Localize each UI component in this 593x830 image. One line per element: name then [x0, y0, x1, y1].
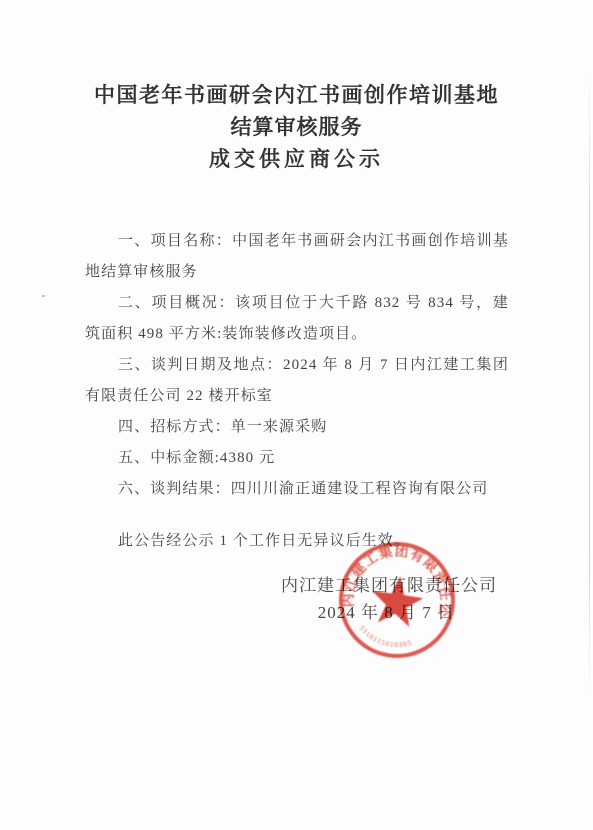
paragraph-bidding-method: 四、招标方式：单一来源采购: [85, 412, 509, 443]
announcement-document: 中国老年书画研会内江书画创作培训基地 结算审核服务 成交供应商公示 一、项目名称…: [0, 0, 593, 830]
title-line-2: 结算审核服务: [0, 111, 593, 143]
paragraph-project-name: 一、项目名称：中国老年书画研会内江书画创作培训基地结算审核服务: [85, 226, 509, 288]
paragraph-project-overview: 二、项目概况：该项目位于大千路 832 号 834 号，建筑面积 498 平方米…: [85, 288, 509, 350]
company-seal-stamp: 内江建工集团有限责任公司 5110115010305: [329, 532, 465, 668]
document-body: 一、项目名称：中国老年书画研会内江书画创作培训基地结算审核服务 二、项目概况：该…: [85, 226, 509, 557]
paragraph-negotiation-date-place: 三、谈判日期及地点：2024 年 8 月 7 日内江建工集团有限责任公司 22 …: [85, 350, 509, 412]
scan-speck-artifact: [42, 295, 45, 297]
paragraph-award-amount: 五、中标金额:4380 元: [85, 443, 509, 474]
document-title: 中国老年书画研会内江书画创作培训基地 结算审核服务 成交供应商公示: [0, 79, 593, 175]
paragraph-negotiation-result: 六、谈判结果：四川川渝正通建设工程咨询有限公司: [85, 474, 509, 505]
title-line-1: 中国老年书画研会内江书画创作培训基地: [0, 79, 593, 111]
title-line-3: 成交供应商公示: [0, 143, 593, 175]
seal-star-icon: [368, 573, 426, 629]
